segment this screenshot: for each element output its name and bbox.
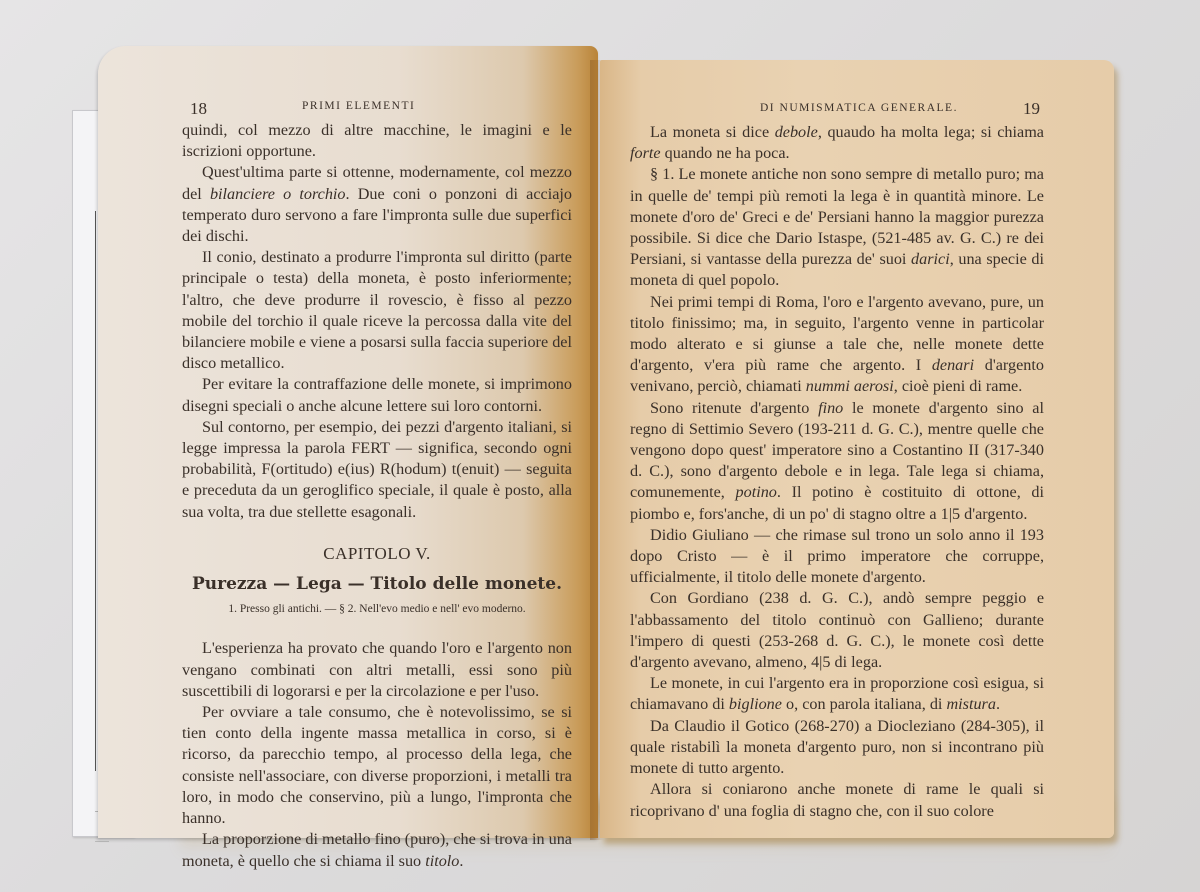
page-number-right: 19 xyxy=(1023,98,1040,119)
paragraph: Per ovviare a tale consumo, che è notevo… xyxy=(182,702,572,829)
right-page: DI NUMISMATICA GENERALE. 19 La moneta si… xyxy=(600,60,1114,838)
italic-term: darici xyxy=(911,250,950,268)
paragraph: Nei primi tempi di Roma, l'oro e l'argen… xyxy=(630,292,1044,398)
text-run: . xyxy=(996,695,1000,713)
text-run: , cioè pieni di rame. xyxy=(894,377,1023,395)
text-run: Didio Giuliano — che rimase sul trono un… xyxy=(630,526,1044,586)
paragraph: La proporzione di metallo fino (puro), c… xyxy=(182,829,572,871)
paragraph: Il conio, destinato a produrre l'impront… xyxy=(182,247,572,374)
paragraph: Sono ritenute d'argento fino le monete d… xyxy=(630,398,1044,525)
running-head-right: DI NUMISMATICA GENERALE. 19 xyxy=(630,100,1044,122)
text-run: Sul contorno, per esempio, dei pezzi d'a… xyxy=(182,418,572,521)
left-text-before-chapter: quindi, col mezzo di altre macchine, le … xyxy=(182,120,572,523)
italic-term: bilanciere o torchio xyxy=(210,185,346,203)
text-run: La proporzione di metallo fino (puro), c… xyxy=(182,830,572,869)
paragraph: Per evitare la contraffazione delle mone… xyxy=(182,374,572,416)
paragraph: Sul contorno, per esempio, dei pezzi d'a… xyxy=(182,417,572,523)
text-run: Per evitare la contraffazione delle mone… xyxy=(182,375,572,414)
ruled-tick xyxy=(95,841,109,842)
text-run: Da Claudio il Gotico (268-270) a Dioclez… xyxy=(630,717,1044,777)
paragraph: Quest'ultima parte si ottenne, modername… xyxy=(182,162,572,247)
page-number-left: 18 xyxy=(190,98,207,119)
text-run: quindi, col mezzo di altre macchine, le … xyxy=(182,121,572,160)
text-run: L'esperienza ha provato che quando l'oro… xyxy=(182,639,572,699)
running-title-left: PRIMI ELEMENTI xyxy=(302,96,415,117)
italic-term: debole xyxy=(775,123,818,141)
left-text-after-chapter: L'esperienza ha provato che quando l'oro… xyxy=(182,638,572,871)
italic-term: denari xyxy=(932,356,974,374)
paragraph: Da Claudio il Gotico (268-270) a Dioclez… xyxy=(630,716,1044,780)
paragraph: Didio Giuliano — che rimase sul trono un… xyxy=(630,525,1044,589)
text-run: o, con parola italiana, di xyxy=(782,695,947,713)
italic-term: biglione xyxy=(729,695,782,713)
chapter-subtitle: 1. Presso gli antichi. — § 2. Nell'evo m… xyxy=(182,599,572,620)
paragraph: quindi, col mezzo di altre macchine, le … xyxy=(182,120,572,162)
italic-term: mistura xyxy=(946,695,995,713)
paragraph: Allora si coniarono anche monete di rame… xyxy=(630,779,1044,821)
italic-term: nummi aerosi xyxy=(806,377,894,395)
italic-term: titolo xyxy=(425,852,459,870)
italic-term: forte xyxy=(630,144,661,162)
paragraph: La moneta si dice debole, quaudo ha molt… xyxy=(630,122,1044,164)
text-run: La moneta si dice xyxy=(650,123,775,141)
text-run: Allora si coniarono anche monete di rame… xyxy=(630,780,1044,819)
text-run: Con Gordiano (238 d. G. C.), andò sempre… xyxy=(630,589,1044,671)
left-page: 18 PRIMI ELEMENTI quindi, col mezzo di a… xyxy=(98,46,598,838)
text-run: , quaudo ha molta lega; si chiama xyxy=(818,123,1044,141)
chapter-number: CAPITOLO V. xyxy=(182,543,572,564)
text-run: Il conio, destinato a produrre l'impront… xyxy=(182,248,572,372)
text-run: quando ne ha poca. xyxy=(661,144,790,162)
italic-term: fino xyxy=(818,399,843,417)
paragraph: § 1. Le monete antiche non sono sempre d… xyxy=(630,164,1044,291)
running-head-left: 18 PRIMI ELEMENTI xyxy=(182,98,572,120)
paragraph: L'esperienza ha provato che quando l'oro… xyxy=(182,638,572,702)
text-run: Sono ritenute d'argento xyxy=(650,399,818,417)
paragraph: Con Gordiano (238 d. G. C.), andò sempre… xyxy=(630,588,1044,673)
chapter-title: Purezza — Lega — Titolo delle monete. xyxy=(182,574,572,595)
text-run: . xyxy=(459,852,463,870)
italic-term: potino xyxy=(736,483,777,501)
running-title-right: DI NUMISMATICA GENERALE. xyxy=(760,98,958,119)
paragraph: Le monete, in cui l'argento era in propo… xyxy=(630,673,1044,715)
ruled-line xyxy=(95,211,96,771)
text-run: Per ovviare a tale consumo, che è notevo… xyxy=(182,703,572,827)
right-text-body: La moneta si dice debole, quaudo ha molt… xyxy=(630,122,1044,822)
